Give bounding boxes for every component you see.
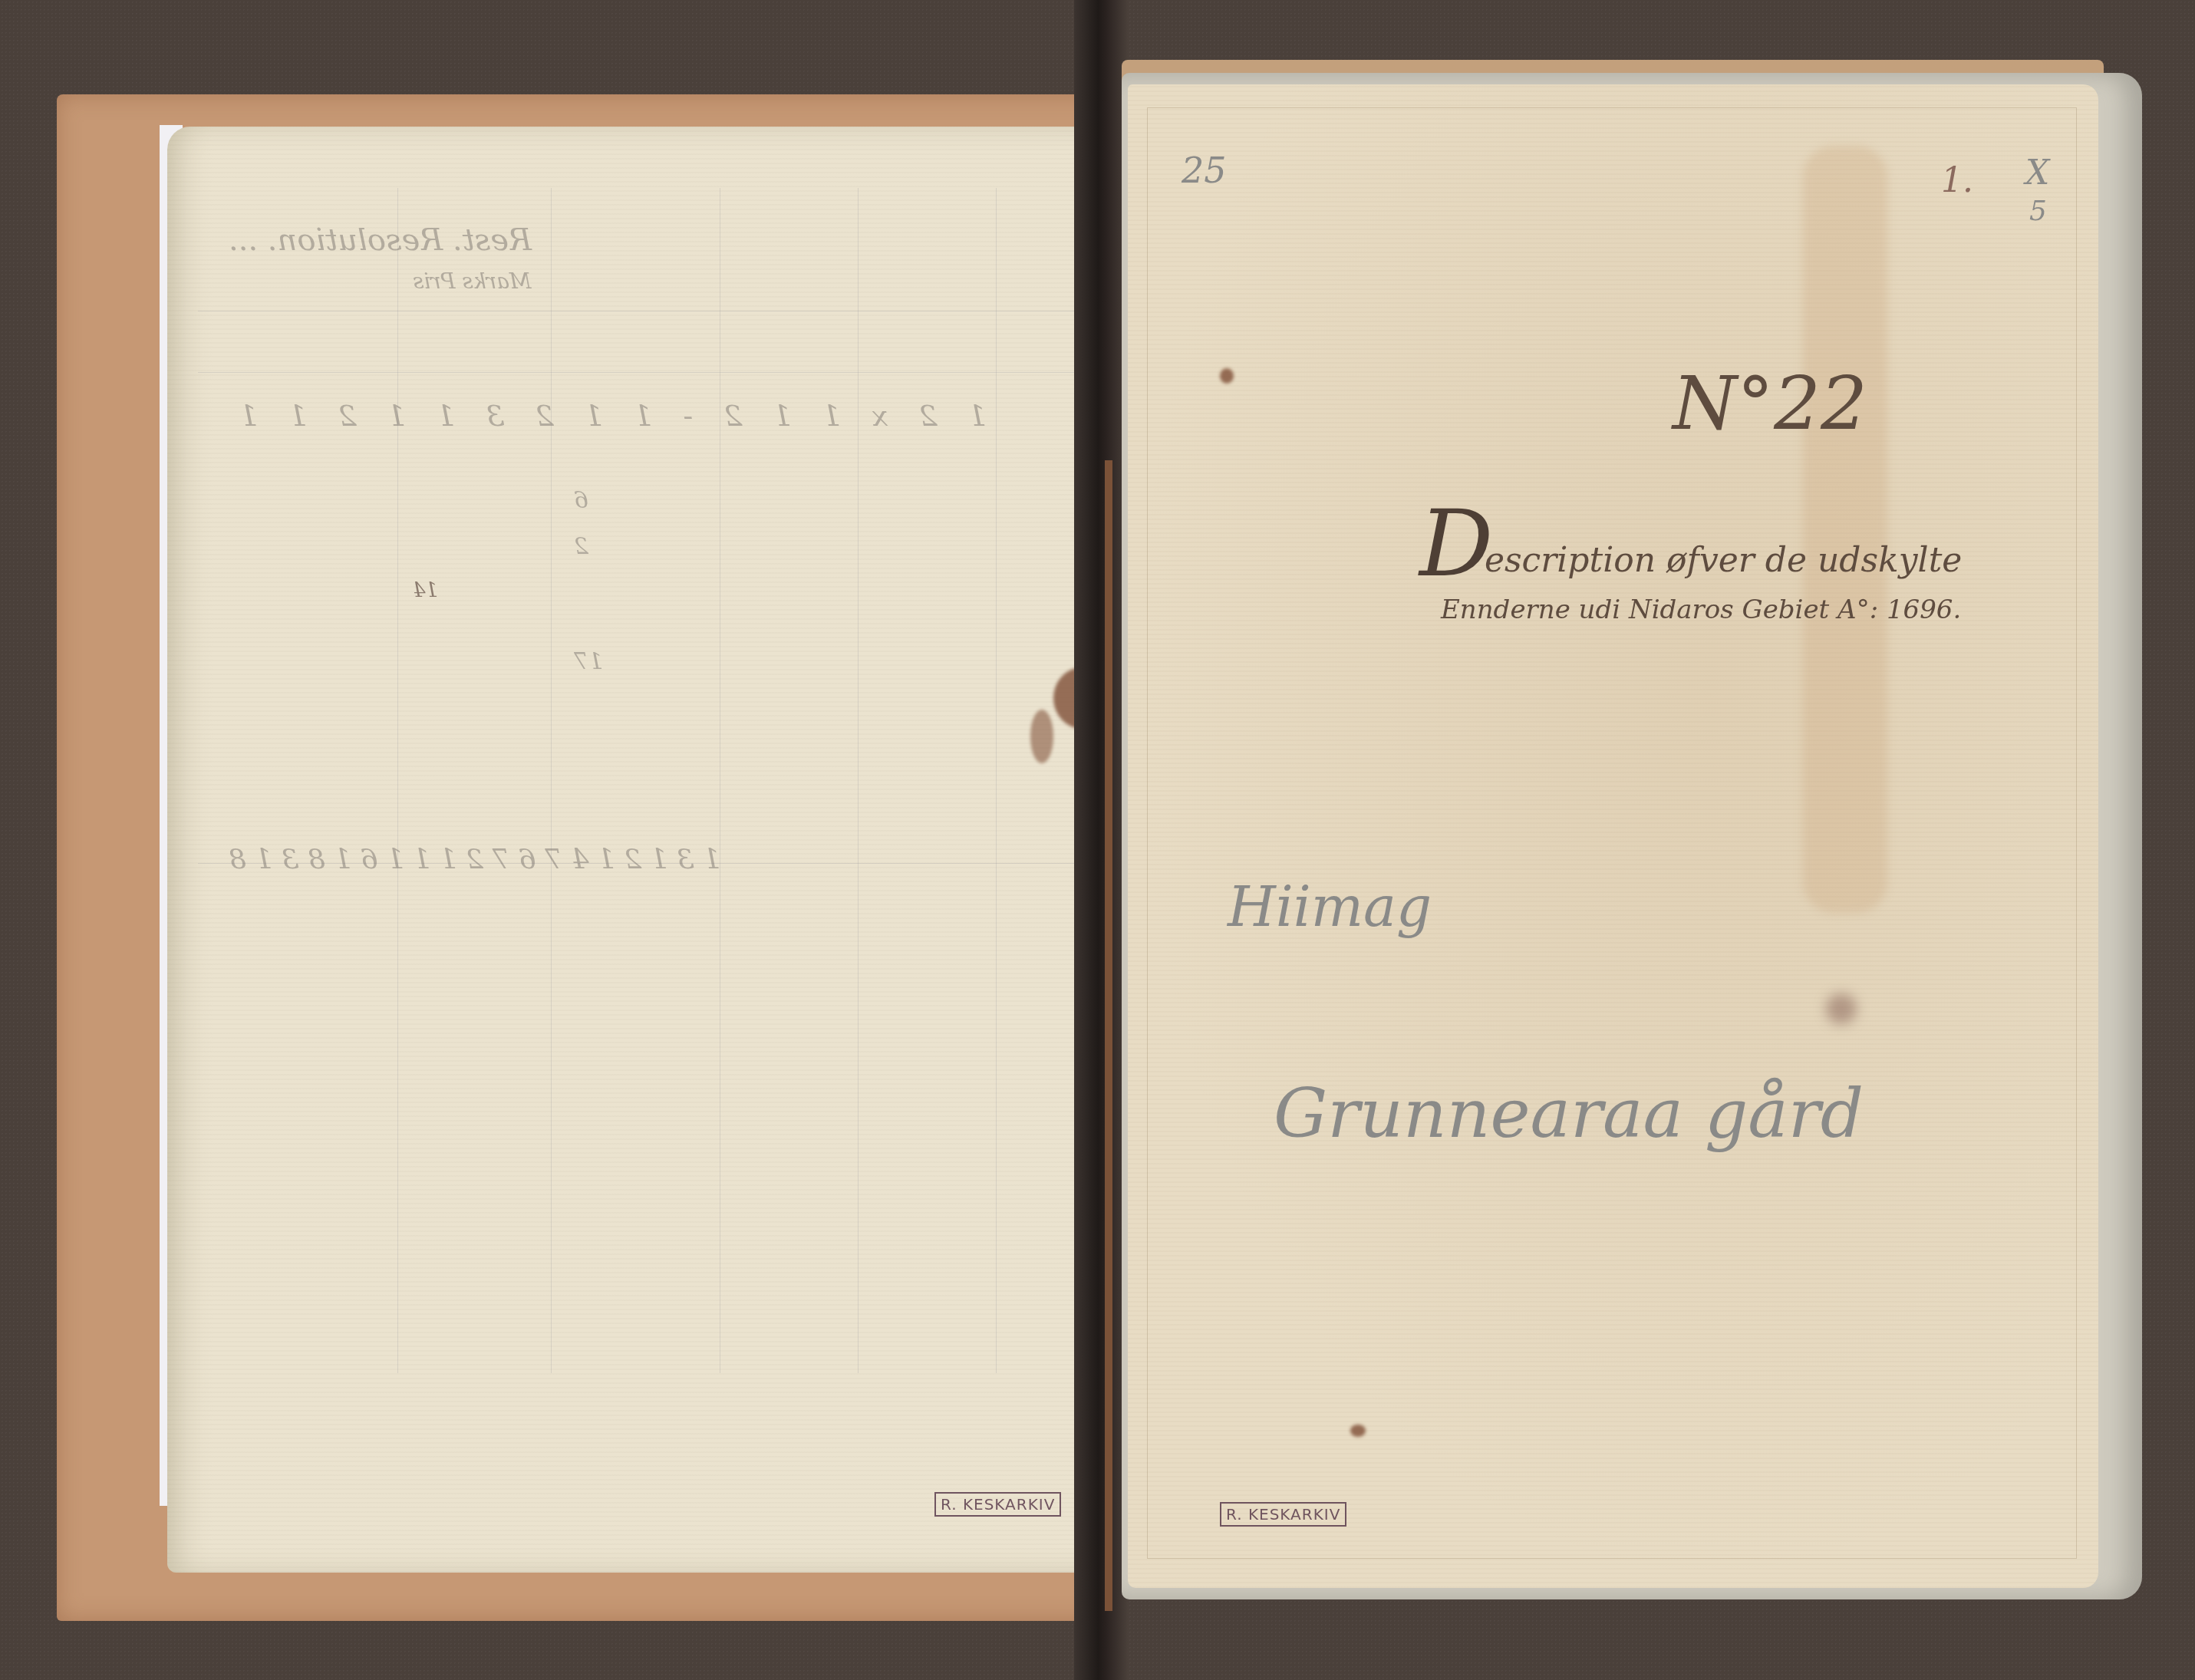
water-stain: [1803, 146, 1887, 913]
title-line-1: escription øfver de udskylte: [1485, 541, 1962, 580]
title-initial: D: [1419, 491, 1493, 598]
document-number-heading: N°22: [1673, 361, 1867, 446]
bleed-through-value: 6: [574, 487, 588, 514]
ruled-column-line: [996, 188, 997, 1373]
bleed-through-value: 17: [574, 648, 603, 675]
pencil-note-1: Hiimag: [1228, 875, 1432, 939]
ruled-row-line: [198, 372, 1080, 373]
ink-stain: [1030, 710, 1053, 763]
ruled-column-line: [397, 188, 398, 1373]
stain-spot: [1826, 993, 1857, 1024]
bleed-through-totals-row: 1 3 1 2 1 4 7 6 7 2 1 1 1 6 1 8 3 1 8: [229, 844, 720, 875]
ruled-column-line: [858, 188, 859, 1373]
bleed-through-numeric-row: 1 2 x 1 1 2 - 1 1 2 3 1 1 2 1 1: [229, 399, 987, 433]
bleed-through-value: 14: [413, 579, 438, 602]
spine-binding-strip: [1105, 460, 1112, 1611]
ink-mark: 1.: [1941, 161, 1973, 200]
pencil-mark-x: X: [2025, 153, 2049, 193]
archive-stamp-left: R. KESKARKIV: [934, 1492, 1061, 1517]
right-page-inner-sheet-edge: [1147, 107, 2077, 1559]
title-line-2: Ennderne udi Nidaros Gebiet A°: 1696.: [1441, 595, 1961, 625]
ink-blot: [1350, 1425, 1366, 1437]
book-spine: [1074, 0, 1128, 1680]
left-page: Rest. Resolution. ... Marks Pris 1 2 x 1…: [167, 127, 1111, 1573]
ruled-row-line: [198, 311, 1080, 311]
ruled-column-line: [551, 188, 552, 1373]
bleed-through-header-1: Rest. Resolution. ...: [229, 222, 532, 258]
bleed-through-value: 2: [574, 533, 588, 560]
pencil-note-2: Grunnearaa gård: [1274, 1074, 1864, 1153]
bleed-through-header-2: Marks Pris: [413, 268, 532, 294]
folio-number: 25: [1182, 150, 1227, 191]
ruled-column-line: [720, 188, 720, 1373]
ink-blot: [1220, 368, 1234, 384]
archive-stamp-right: R. KESKARKIV: [1220, 1502, 1346, 1527]
pencil-mark-sub: 5: [2029, 196, 2047, 227]
